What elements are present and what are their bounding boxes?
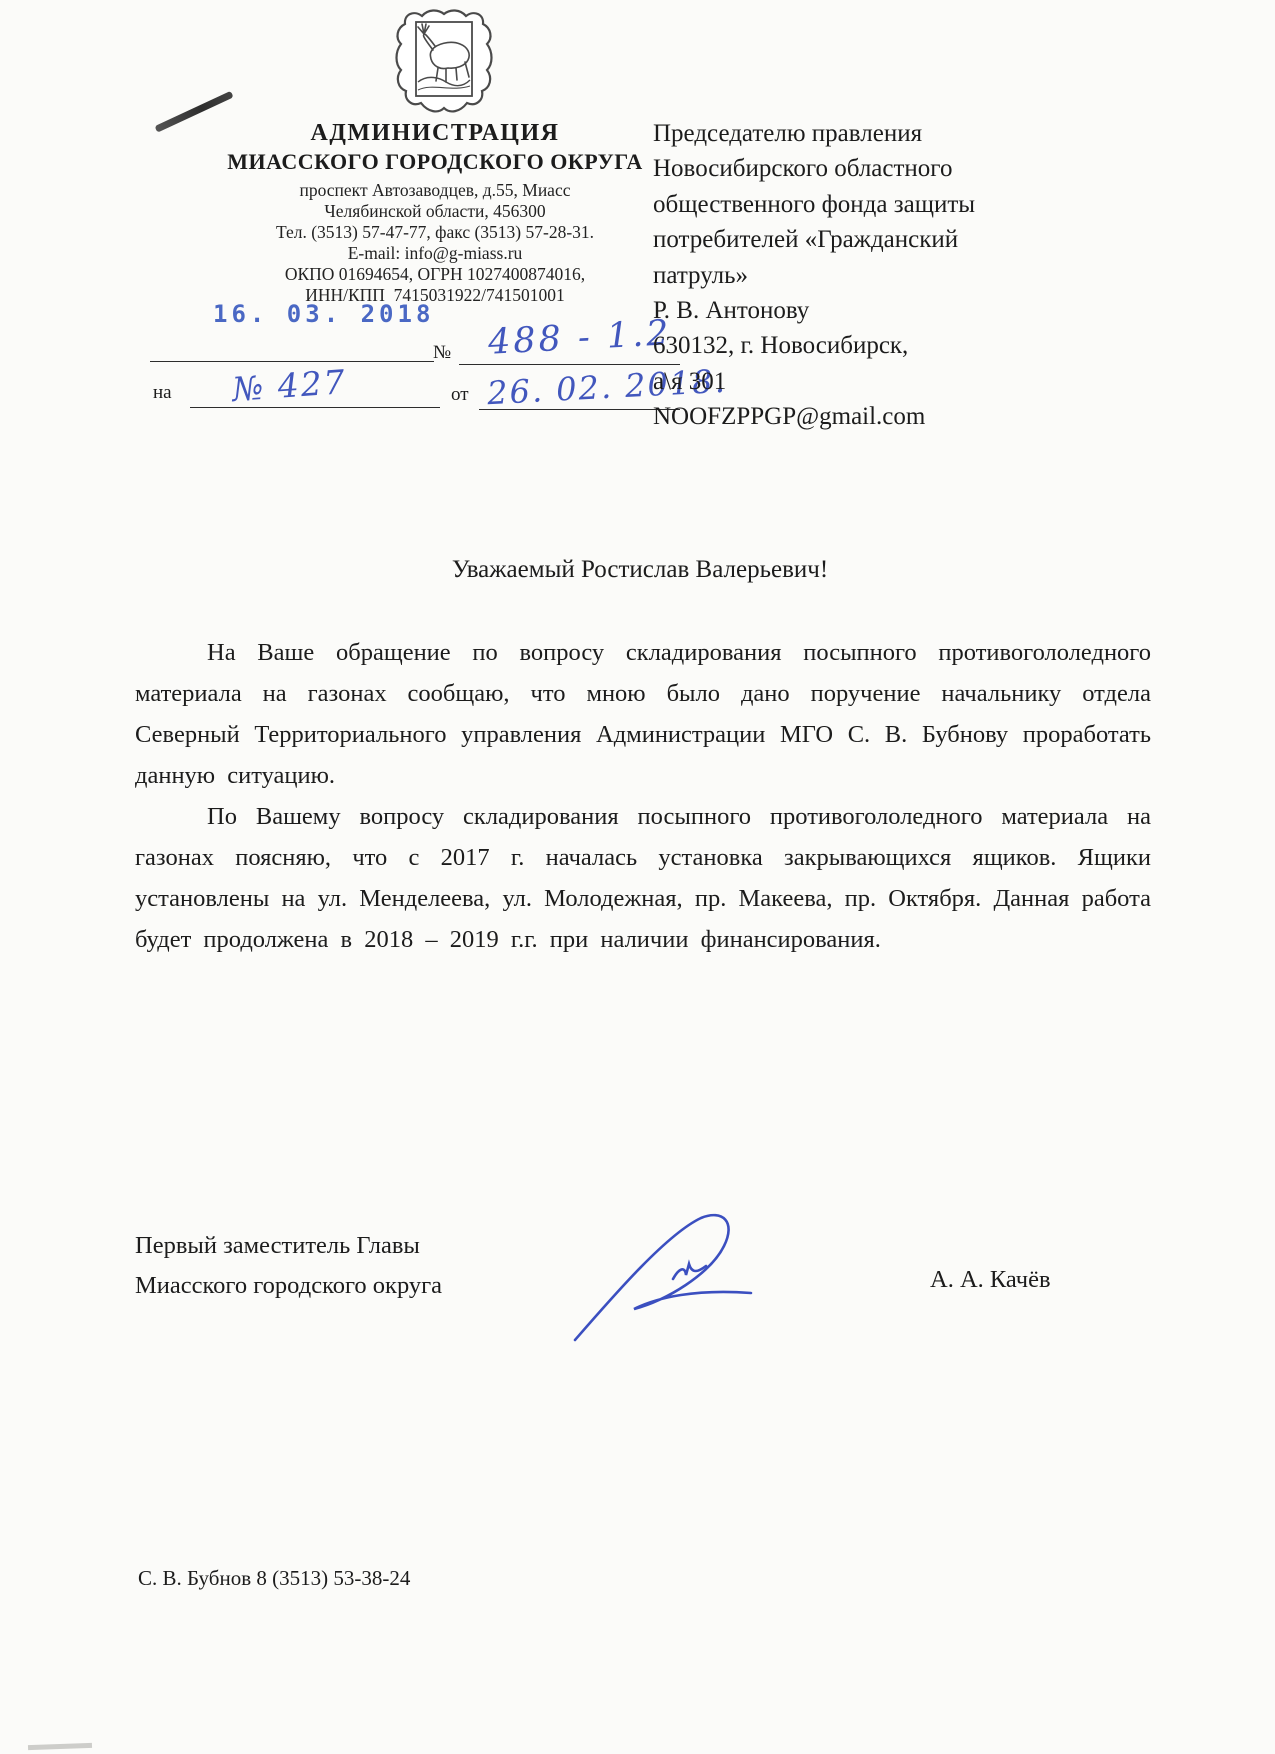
org-okpo-ogrn-line: ОКПО 01694654, ОГРН 1027400874016, <box>140 264 730 285</box>
org-address-line: проспект Автозаводцев, д.55, Миасс <box>140 180 730 201</box>
incoming-number-underline <box>190 407 440 408</box>
number-sign-label: № <box>433 342 451 364</box>
scanned-letter-page: АДМИНИСТРАЦИЯ МИАССКОГО ГОРОДСКОГО ОКРУГ… <box>0 0 1275 1754</box>
recipient-line: патруль» <box>653 258 1143 293</box>
signer-position: Первый заместитель Главы Миасского город… <box>135 1226 442 1306</box>
signer-name: А. А. Качёв <box>930 1266 1051 1294</box>
body-paragraph-2: По Вашему вопросу складирования посыпног… <box>135 796 1151 960</box>
recipient-line: потребителей «Гражданский <box>653 222 1143 257</box>
recipient-email: NOOFZPPGP@gmail.com <box>653 399 1143 434</box>
org-address-line: Челябинской области, 456300 <box>140 201 730 222</box>
recipient-block: Председателю правления Новосибирского об… <box>653 116 1143 435</box>
date-underline <box>150 361 434 362</box>
signer-position-line2: Миасского городского округа <box>135 1266 442 1306</box>
incoming-number-handwritten: № 427 <box>231 362 348 409</box>
org-name-line2: МИАССКОГО ГОРОДСКОГО ОКРУГА <box>140 148 730 176</box>
recipient-line: Председателю правления <box>653 116 1143 151</box>
letterhead: АДМИНИСТРАЦИЯ МИАССКОГО ГОРОДСКОГО ОКРУГ… <box>140 118 730 306</box>
na-label: на <box>153 382 172 404</box>
recipient-line: Новосибирского областного <box>653 151 1143 186</box>
recipient-po-box: а\я 301 <box>653 364 1143 399</box>
ot-label: от <box>451 384 469 406</box>
miass-coat-of-arms-icon <box>394 6 494 116</box>
recipient-name: Р. В. Антонову <box>653 293 1143 328</box>
handwritten-signature <box>545 1208 795 1353</box>
org-phone-line: Тел. (3513) 57-47-77, факс (3513) 57-28-… <box>140 222 730 243</box>
outgoing-number-handwritten: 488 - 1.2 <box>487 313 672 363</box>
scan-edge-artifact <box>28 1743 92 1750</box>
org-email-line: E-mail: info@g-miass.ru <box>140 243 730 264</box>
body-paragraph-1: На Ваше обращение по вопросу складирован… <box>135 632 1151 796</box>
signer-position-line1: Первый заместитель Главы <box>135 1226 442 1266</box>
recipient-line: общественного фонда защиты <box>653 187 1143 222</box>
recipient-address: 630132, г. Новосибирск, <box>653 328 1143 363</box>
outgoing-date-stamp: 16. 03. 2018 <box>213 300 434 328</box>
letter-body: На Ваше обращение по вопросу складирован… <box>135 632 1151 960</box>
executor-contact: С. В. Бубнов 8 (3513) 53-38-24 <box>138 1566 410 1591</box>
salutation: Уважаемый Ростислав Валерьевич! <box>135 556 1145 584</box>
org-name-line1: АДМИНИСТРАЦИЯ <box>140 118 730 148</box>
